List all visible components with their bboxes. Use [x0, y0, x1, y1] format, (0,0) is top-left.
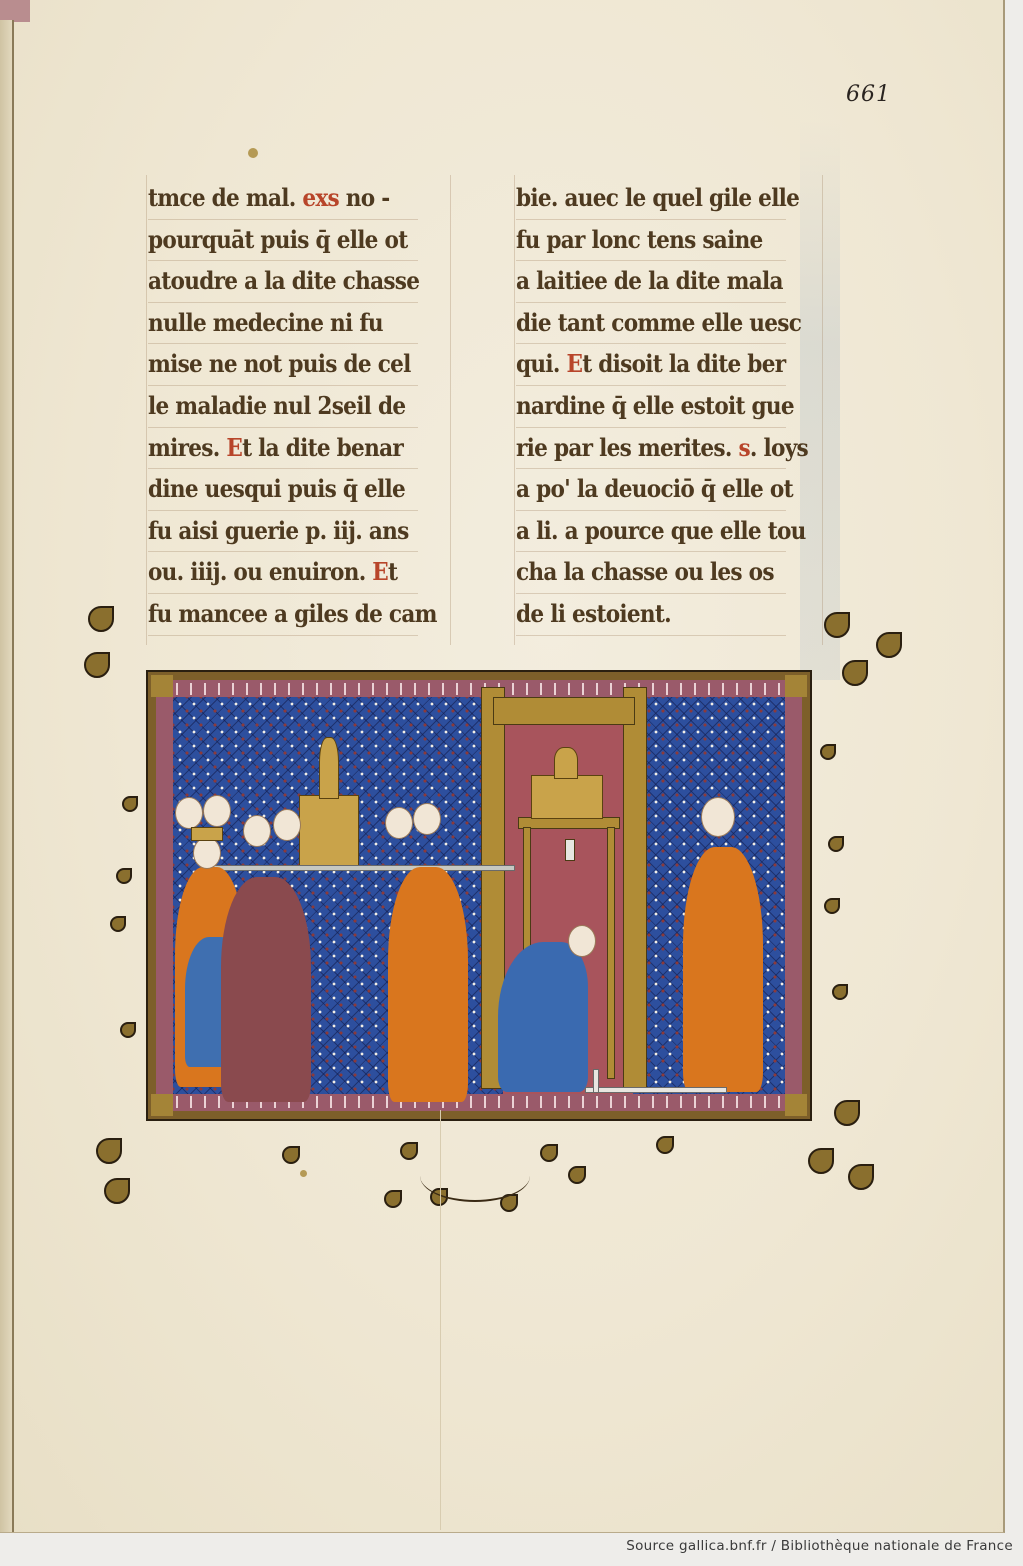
shrine-spire [554, 747, 578, 779]
ivy-leaf-icon [568, 1166, 586, 1184]
text-line: a laitiee de la dite mala [516, 261, 786, 303]
binding-edge-top [0, 0, 30, 22]
text-line: qui. Et disoit la dite ber [516, 344, 786, 386]
crown [191, 827, 223, 841]
ivy-leaf-icon [110, 916, 126, 932]
folio-number: 661 [846, 82, 891, 107]
page-fold-line [440, 1110, 441, 1530]
text-line: rie par les merites. s. loys [516, 428, 786, 470]
source-credit: Source gallica.bnf.fr / Bibliothèque nat… [626, 1538, 1013, 1554]
text-line: atoudre a la dite chasse [148, 261, 418, 303]
head [175, 797, 203, 829]
ink-spot [248, 148, 258, 158]
head [413, 803, 441, 835]
ivy-leaf-icon [828, 836, 844, 852]
border-pattern [156, 683, 802, 695]
ivy-leaf-icon [848, 1164, 874, 1190]
head [273, 809, 301, 841]
text-line: tmce de mal. exs no - [148, 178, 418, 220]
rubric: E [372, 557, 388, 586]
ruling-line [514, 175, 515, 645]
ivy-leaf-icon [824, 898, 840, 914]
rubric: s [738, 433, 749, 462]
ivy-leaf-icon [116, 868, 132, 884]
ruling-line [822, 175, 823, 645]
shrine-stand-leg [607, 827, 615, 1079]
text-line: nardine q̄ elle estoit gue [516, 386, 786, 428]
canopy-arch [493, 697, 635, 725]
ivy-leaf-icon [808, 1148, 834, 1174]
gold-corner [785, 1094, 807, 1116]
ivy-leaf-icon [384, 1190, 402, 1208]
ivy-leaf-icon [832, 984, 848, 1000]
ivy-leaf-icon [842, 660, 868, 686]
ivy-leaf-icon [120, 1022, 136, 1038]
ivy-leaf-icon [834, 1100, 860, 1126]
sword-on-ground [585, 1087, 727, 1093]
text-line: fu par lonc tens saine [516, 220, 786, 262]
head [203, 795, 231, 827]
rubric: E [226, 433, 242, 462]
head [385, 807, 413, 839]
ivy-leaf-icon [656, 1136, 674, 1154]
rubric: exs [302, 183, 339, 212]
vine-stem [420, 1150, 530, 1202]
ivy-leaf-icon [820, 744, 836, 760]
gold-corner [151, 675, 173, 697]
text-line: a po' la deuociō q̄ elle ot [516, 469, 786, 511]
text-line: mise ne not puis de cel [148, 344, 418, 386]
shrine-reliquary [531, 775, 603, 819]
text-line: mires. Et la dite benar [148, 428, 418, 470]
canopy-pillar-right [623, 687, 647, 1089]
head [701, 797, 735, 837]
ink-spot [300, 1170, 307, 1177]
text-line: nulle medecine ni fu [148, 303, 418, 345]
ivy-leaf-icon [84, 652, 110, 678]
text-line: bie. auec le quel gile elle [516, 178, 786, 220]
ivy-leaf-icon [104, 1178, 130, 1204]
head [243, 815, 271, 847]
standing-figure-praying [683, 847, 763, 1092]
text-line: ou. iiij. ou enuiron. Et [148, 552, 418, 594]
binding-edge [0, 20, 14, 1532]
text-line: pourquāt puis q̄ elle ot [148, 220, 418, 262]
ivy-leaf-icon [824, 612, 850, 638]
miniature-illustration [148, 672, 810, 1119]
carrying-pole [213, 865, 515, 871]
manuscript-page: 661 tmce de mal. exs no - pourquāt puis … [0, 0, 1005, 1533]
carried-reliquary [299, 795, 359, 869]
ivy-leaf-icon [282, 1146, 300, 1164]
ruling-line [146, 175, 147, 645]
ivy-leaf-icon [540, 1144, 558, 1162]
text-line: dine uesqui puis q̄ elle [148, 469, 418, 511]
hanging-lamp [565, 839, 575, 861]
gold-corner [151, 1094, 173, 1116]
figure-mauve-robe [221, 877, 311, 1102]
rubric: E [566, 349, 582, 378]
text-column-left: tmce de mal. exs no - pourquāt puis q̄ e… [148, 178, 448, 636]
gold-corner [785, 675, 807, 697]
diapered-background [173, 697, 785, 1094]
sword-hilt [593, 1069, 599, 1093]
ivy-leaf-icon [400, 1142, 418, 1160]
text-line: le maladie nul 2seil de [148, 386, 418, 428]
reliquary-spire [319, 737, 339, 799]
ivy-leaf-icon [122, 796, 138, 812]
text-line: a li. a pource que elle tou [516, 511, 786, 553]
head [568, 925, 596, 957]
ivy-leaf-icon [88, 606, 114, 632]
text-line: cha la chasse ou les os [516, 552, 786, 594]
ivy-leaf-icon [876, 632, 902, 658]
crowned-head [193, 837, 221, 869]
text-line: de li estoient. [516, 594, 786, 636]
ruling-line [450, 175, 451, 645]
text-line: fu aisi guerie p. iij. ans [148, 511, 418, 553]
text-line: die tant comme elle uesc [516, 303, 786, 345]
text-column-right: bie. auec le quel gile elle fu par lonc … [516, 178, 816, 636]
kneeling-figure-blue [498, 942, 588, 1092]
text-line: fu mancee a giles de cam [148, 594, 418, 636]
bearer-orange-robe [388, 867, 468, 1102]
ivy-leaf-icon [96, 1138, 122, 1164]
